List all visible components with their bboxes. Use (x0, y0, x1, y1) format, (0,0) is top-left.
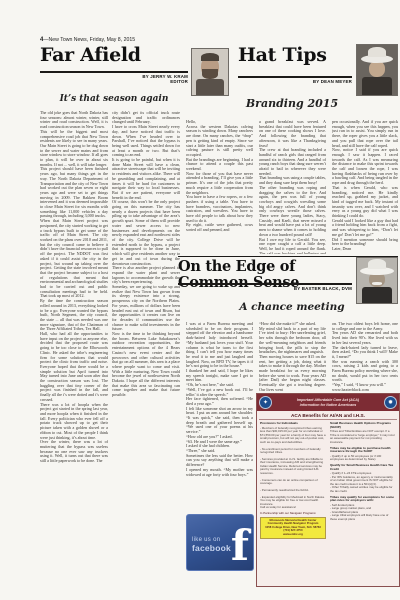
ad-header-text: Important Affordable Care Act (ACA) info… (272, 398, 384, 407)
ad-partnership-line: In Partnership with our Navigator Progra… (260, 512, 326, 515)
hat-tips-column-1: Hello, Across the western Dakotas calvin… (186, 120, 253, 254)
ad-shop-intro: Tribes and Tribal Entities are NOT exemp… (330, 430, 396, 444)
hat-tips-column-2: a grand breakfast was served. A breakfas… (259, 120, 326, 254)
hat-tips-title: Hat Tips (238, 44, 327, 66)
far-afield-title: Far Afield (40, 44, 141, 66)
newspaper-page: { "masthead": { "page_number": "4", "tit… (0, 0, 400, 600)
ad-tax-credit-bullets: - Qualify if 1–24 FTE employees - Per IR… (330, 472, 396, 493)
common-sense-column-3-wrap: on. The two oldest boys left home, one t… (332, 322, 398, 391)
ad-exemptions-heading: Tribes may qualify for exemptions for so… (330, 496, 396, 503)
kram-portrait-photo (191, 48, 229, 96)
ad-benefits-title: ACA Benefits for AI/AN and I.H.S. (259, 411, 397, 420)
ad-left-column: Provisions for Individuals - Members of … (260, 422, 326, 538)
facebook-badge[interactable]: like us on facebook f (186, 514, 254, 571)
ad-columns: Provisions for Individuals - Members of … (257, 420, 399, 540)
common-sense-column-2: “How did she make it?” she asked. My min… (259, 322, 326, 391)
common-sense-column-1: I was at a Farm Bureau meeting and sched… (186, 322, 253, 508)
far-afield-column-1: The old joke goes that North Dakota has … (40, 111, 108, 585)
common-sense-column-3: on. The two oldest boys left home, one t… (332, 322, 398, 388)
ad-header-band: ✦ Important Affordable Care Act (ACA) in… (257, 394, 399, 411)
hat-tips-column-3: pen occasionally. And if you are quick e… (332, 120, 398, 254)
meyer-portrait-photo (356, 44, 398, 96)
facebook-label: facebook (192, 544, 231, 553)
hat-tips-subhead: Branding 2015 (186, 97, 398, 110)
ad-shop-purchase-heading: Tribes may be eligible to purchase healt… (330, 447, 396, 454)
ad-shop-purchase-bullets: - Qualify if up to 50 employees (or if 1… (330, 455, 396, 462)
ad-shop-heading: Small Business Health Options Programs (… (330, 422, 396, 429)
hat-tips-byline: BY DEAN MEYER (238, 79, 352, 84)
masthead-title: —New Town News, Friday, May 8, 2015 (43, 37, 135, 43)
far-afield-column-2: city didn’t get its official truck route… (112, 111, 180, 585)
facebook-badge-text: like us on facebook (187, 515, 231, 570)
common-sense-subhead: A chance meeting (210, 301, 374, 313)
aca-advertisement: ✦ Important Affordable Care Act (ACA) in… (256, 393, 400, 587)
ad-tax-credit-heading: Qualify for Small Business Health Care T… (330, 464, 396, 471)
common-sense-byline: BY BAXTER BLACK, DVM (238, 286, 352, 291)
far-afield-rule (40, 71, 188, 73)
ad-exemptions-bullets: - Self-funded plans - Large group market… (330, 504, 396, 521)
ad-right-column: Small Business Health Options Programs (… (330, 422, 396, 538)
cms-logo-icon: ✦ (259, 396, 272, 409)
facebook-f-icon: f (231, 515, 253, 570)
ad-individuals-bullets: - Members of federally recognized tribes… (260, 427, 326, 510)
ad-navigator-contact-box: Elbowoods Memorial Health Center Communi… (260, 517, 326, 539)
far-afield-byline: BY JERRY W. KRAM EDITOR (40, 74, 188, 84)
hat-tips-rule (238, 76, 352, 78)
masthead: 4—New Town News, Friday, May 8, 2015 (40, 37, 135, 43)
baxterblack-website-link[interactable]: www.baxterblack.com (332, 388, 398, 391)
far-afield-byline-role: EDITOR (40, 79, 188, 84)
far-afield-subhead: It’s that season again (40, 94, 188, 104)
ad-header-line2: information for Native Americans (272, 403, 384, 407)
black-portrait-photo (356, 257, 398, 304)
tribal-seal-icon: ✹ (384, 396, 397, 409)
common-sense-rule (178, 283, 352, 285)
